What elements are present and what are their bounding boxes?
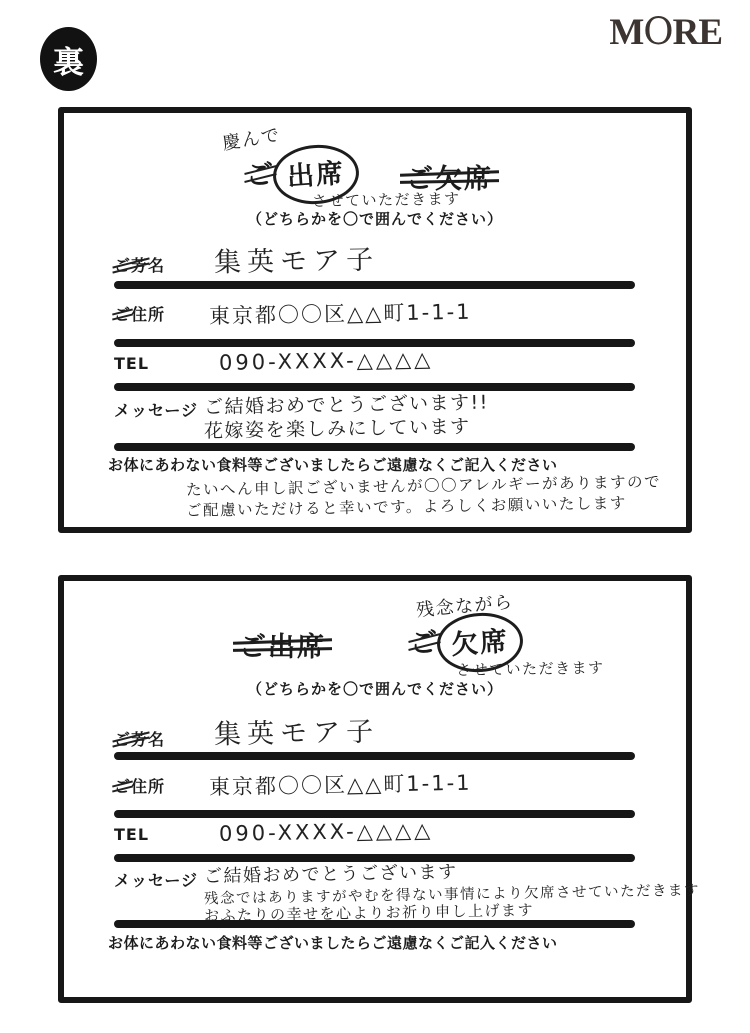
struck-go: ご	[114, 302, 131, 325]
field-label-tel: TEL	[114, 825, 149, 844]
answer-line	[114, 339, 635, 347]
field-label-tel: TEL	[114, 354, 149, 373]
struck-go-hou: ご芳	[114, 253, 148, 276]
address-value: 東京都〇〇区△△町1-1-1	[209, 767, 472, 802]
more-logo-re: RE	[673, 12, 722, 53]
answer-line	[114, 752, 635, 760]
label-address-rest: 住所	[131, 302, 165, 325]
label-name-rest: 名	[148, 727, 165, 750]
option-decline-struck: ご欠席	[406, 157, 493, 196]
tel-value: 090-XXXX-△△△△	[219, 818, 434, 846]
answer-line	[114, 810, 635, 818]
field-label-address: ご住所	[114, 302, 131, 325]
field-label-name: ご芳名	[114, 253, 148, 276]
struck-go: ご	[114, 774, 131, 797]
back-side-label: 裏	[53, 37, 84, 82]
circle-instruction: （どちらかを〇で囲んでください）	[64, 678, 686, 699]
more-logo-o: O	[643, 10, 672, 53]
struck-go-prefix: ご	[246, 153, 275, 192]
handwritten-yorokonde: 慶んで	[220, 121, 282, 156]
more-logo: MORE	[609, 13, 722, 51]
answer-line	[114, 281, 635, 289]
back-side-badge: 裏	[40, 27, 97, 91]
answer-line	[114, 920, 635, 928]
label-name-rest: 名	[148, 253, 165, 276]
message-line: 花嫁姿を楽しみにしています	[204, 412, 471, 444]
rsvp-card-attend: 慶んで ご出席 させていただきます ご欠席 （どちらかを〇で囲んでください） ご…	[58, 107, 692, 533]
label-address-rest: 住所	[131, 774, 165, 797]
option-attend-struck: ご出席	[239, 625, 326, 664]
allergy-note: お体にあわない食料等ございましたらご遠慮なくご記入ください	[108, 932, 558, 953]
name-value: 集英モア子	[214, 238, 380, 280]
field-label-message: メッセージ	[114, 398, 198, 421]
tel-value: 090-XXXX-△△△△	[219, 347, 434, 375]
more-logo-m: M	[609, 12, 643, 53]
address-value: 東京都〇〇区△△町1-1-1	[209, 296, 472, 331]
struck-go-prefix: ご	[410, 621, 439, 660]
name-value: 集英モア子	[214, 710, 380, 752]
field-label-name: ご芳名	[114, 727, 148, 750]
handwritten-sasete: させていただきます	[456, 657, 605, 681]
struck-go-hou: ご芳	[114, 727, 148, 750]
circle-instruction: （どちらかを〇で囲んでください）	[64, 208, 686, 229]
rsvp-card-decline: 残念ながら ご出席 ご欠席 させていただきます （どちらかを〇で囲んでください）…	[58, 575, 692, 1003]
field-label-message: メッセージ	[114, 868, 198, 891]
field-label-address: ご住所	[114, 774, 131, 797]
answer-line	[114, 443, 635, 451]
